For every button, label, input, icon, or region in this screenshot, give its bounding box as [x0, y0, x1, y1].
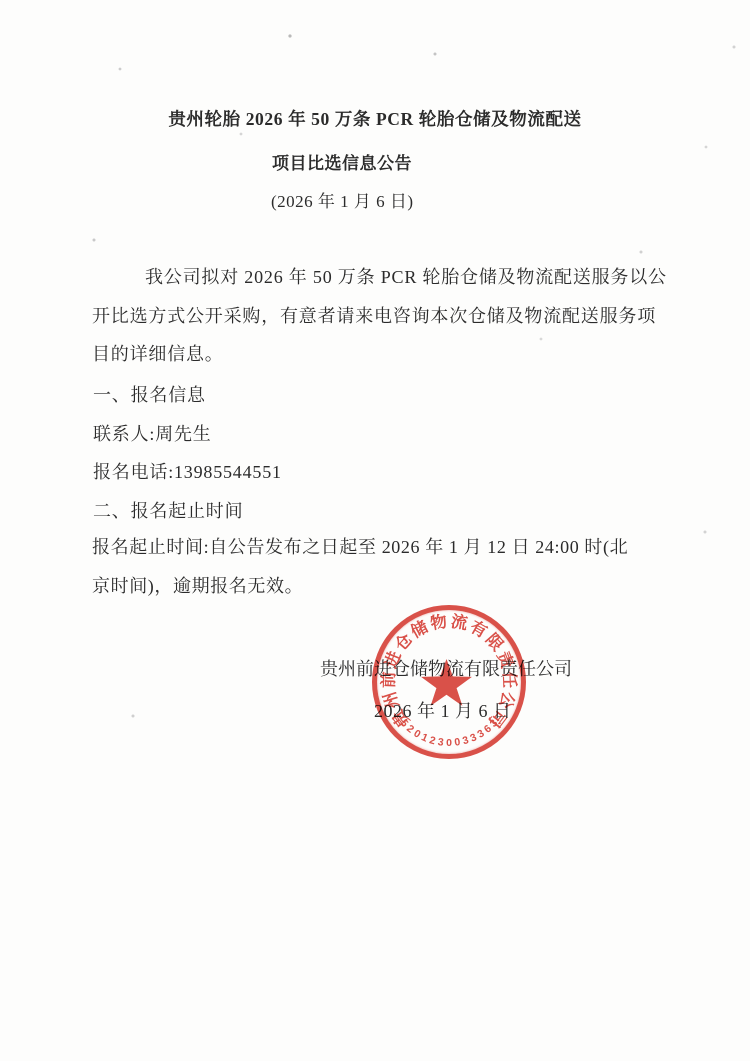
- document-title-line2: 项目比选信息公告: [272, 149, 412, 174]
- contact-phone-line: 报名电话:13985544551: [93, 453, 665, 492]
- deadline-line: 京时间)，逾期报名无效。: [92, 567, 667, 606]
- intro-paragraph-line: 目的详细信息。: [92, 335, 664, 374]
- scanned-document-page: 贵州轮胎 2026 年 50 万条 PCR 轮胎仓储及物流配送 项目比选信息公告…: [0, 0, 750, 1061]
- registration-deadline-paragraph: 报名起止时间:自公告发布之日起至 2026 年 1 月 12 日 24:00 时…: [92, 528, 667, 606]
- intro-paragraph-line: 我公司拟对 2026 年 50 万条 PCR 轮胎仓储及物流配送服务以公: [92, 258, 664, 297]
- seal-arc-char: 物: [428, 611, 449, 634]
- document-title-date: (2026 年 1 月 6 日): [271, 187, 414, 212]
- section-heading-registration-info: 一、报名信息: [93, 376, 665, 415]
- company-seal-stamp: 贵州前进仓储物流有限责任公司 5201230033363: [372, 605, 526, 759]
- intro-paragraph-line: 开比选方式公开采购，有意者请来电咨询本次仓储及物流配送服务项: [92, 297, 664, 336]
- registration-info-section: 一、报名信息 联系人:周先生 报名电话:13985544551 二、报名起止时间: [93, 376, 665, 530]
- seal-arc-char: 前: [379, 670, 400, 689]
- scan-dust-specks: [0, 0, 2, 2]
- seal-arc-char: 任: [499, 670, 520, 689]
- section-heading-registration-period: 二、报名起止时间: [93, 492, 665, 531]
- intro-paragraph: 我公司拟对 2026 年 50 万条 PCR 轮胎仓储及物流配送服务以公 开比选…: [92, 258, 664, 374]
- contact-person-line: 联系人:周先生: [93, 415, 665, 454]
- document-title-line1: 贵州轮胎 2026 年 50 万条 PCR 轮胎仓储及物流配送: [0, 106, 750, 131]
- deadline-line: 报名起止时间:自公告发布之日起至 2026 年 1 月 12 日 24:00 时…: [92, 528, 667, 567]
